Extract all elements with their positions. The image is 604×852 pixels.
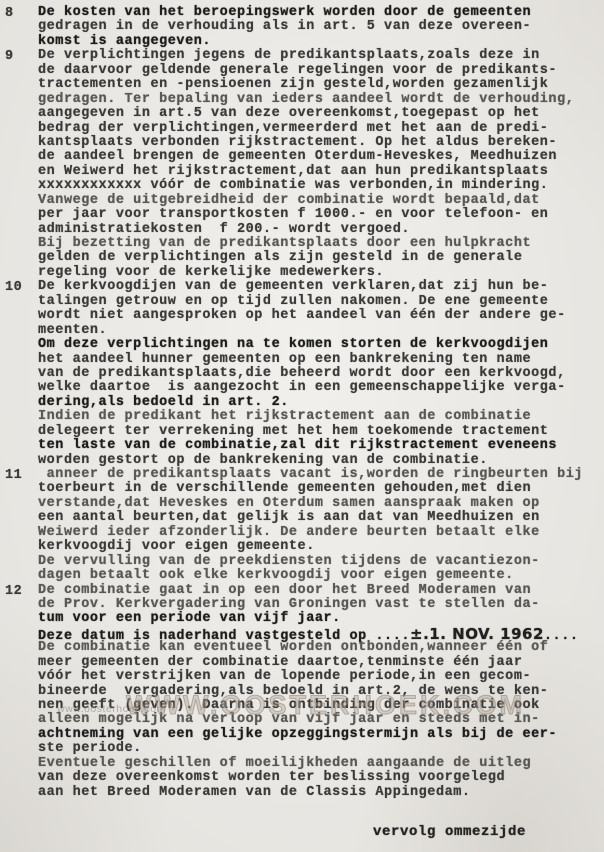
paragraph-number: 11 (5, 468, 38, 584)
text-line: dagen betaalt ook elke kerkvoogdij voor … (38, 569, 598, 583)
text-line: gelden de verplichtingen als zijn gestel… (38, 251, 598, 265)
text-line: delegeert ter verrekening met het hem to… (38, 425, 598, 439)
text-line: Vanwege de uitgebreidheid der combinatie… (38, 194, 598, 208)
text-line: vóór het verstrijken van de lopende peri… (38, 670, 598, 684)
document-body: 8De kosten van het beroepingswerk worden… (5, 6, 598, 800)
paragraph-number: 12 (5, 584, 38, 801)
text-line: Indien de predikant het rijkstractement … (38, 410, 598, 424)
text-line: Om deze verplichtingen na te komen stort… (38, 338, 598, 352)
text-line: De vervulling van de preekdiensten tijde… (38, 555, 598, 569)
text-line: worden gestort op de bankrekening van de… (38, 454, 598, 468)
text-line: De kerkvoogdijen van de gemeenten verkla… (38, 280, 598, 294)
paragraph-number: 9 (5, 49, 38, 280)
paragraph-number: 10 (5, 280, 38, 468)
text-line: het aandeel hunner gemeenten op een bank… (38, 353, 598, 367)
text-line: meer gemeenten der combinatie daartoe,te… (38, 656, 598, 670)
text-line: bedrag der verplichtingen,vermeerderd me… (38, 122, 598, 136)
watermark-url-large: WWW.OOSTERHOEK.COM (126, 690, 525, 721)
text-line: toerbeurt in de verschillende gemeenten … (38, 482, 598, 496)
text-line: per jaar voor transportkosten f 1000.- e… (38, 208, 598, 222)
paragraph-lines: De verplichtingen jegens de predikantspl… (38, 49, 598, 280)
dotted-line: .... (544, 629, 579, 644)
text-line: ten laste van de combinatie,zal dit rijk… (38, 439, 598, 453)
paragraph-9: 9De verplichtingen jegens de predikantsp… (5, 49, 598, 280)
paragraph-lines: anneer de predikantsplaats vacant is,wor… (38, 468, 598, 584)
text-line: De combinatie kan eventueel worden ontbo… (38, 641, 598, 655)
text-line: aangegeven in art.5 van deze overeenkoms… (38, 107, 598, 121)
text-line: wordt niet aangesproken op het aandeel v… (38, 309, 598, 323)
paragraph-number: 8 (5, 6, 38, 49)
paragraph-11: 11 anneer de predikantsplaats vacant is,… (5, 468, 598, 584)
text-line: ste periode. (38, 742, 598, 756)
footer-note: vervolg ommezijde (373, 824, 526, 840)
text-line: gedragen in de verhouding als in art. 5 … (38, 20, 598, 34)
text-line: administratiekosten f 200.- wordt vergoe… (38, 223, 598, 237)
text-line: xxxxxxxxxxxx vóór de combinatie was verb… (38, 179, 598, 193)
text-line: kerkvoogdij voor eigen gemeente. (38, 540, 598, 554)
paragraph-lines: De kerkvoogdijen van de gemeenten verkla… (38, 280, 598, 468)
text-line: meenten. (38, 324, 598, 338)
paragraph-lines: De kosten van het beroepingswerk worden … (38, 6, 598, 49)
paragraph-10: 10De kerkvoogdijen van de gemeenten verk… (5, 280, 598, 468)
text-line: gedragen. Ter bepaling van ieders aandee… (38, 93, 598, 107)
text-line: De verplichtingen jegens de predikantspl… (38, 49, 598, 63)
text-line: De combinatie gaat in op een door het Br… (38, 584, 598, 598)
text-line: van deze overeenkomst worden ter besliss… (38, 771, 598, 785)
scanned-document-page: 8De kosten van het beroepingswerk worden… (0, 0, 604, 852)
text-line: welke daartoe is aangezocht in een gemee… (38, 381, 598, 395)
text-line: tractementen en -pensioenen zijn gesteld… (38, 78, 598, 92)
text-line: de aandeel brengen de gemeenten Oterdum-… (38, 150, 598, 164)
text-line: aan het Breed Moderamen van de Classis A… (38, 786, 598, 800)
paragraph-8: 8De kosten van het beroepingswerk worden… (5, 6, 598, 49)
text-line: een aantal beurten,dat gelijk is aan dat… (38, 511, 598, 525)
